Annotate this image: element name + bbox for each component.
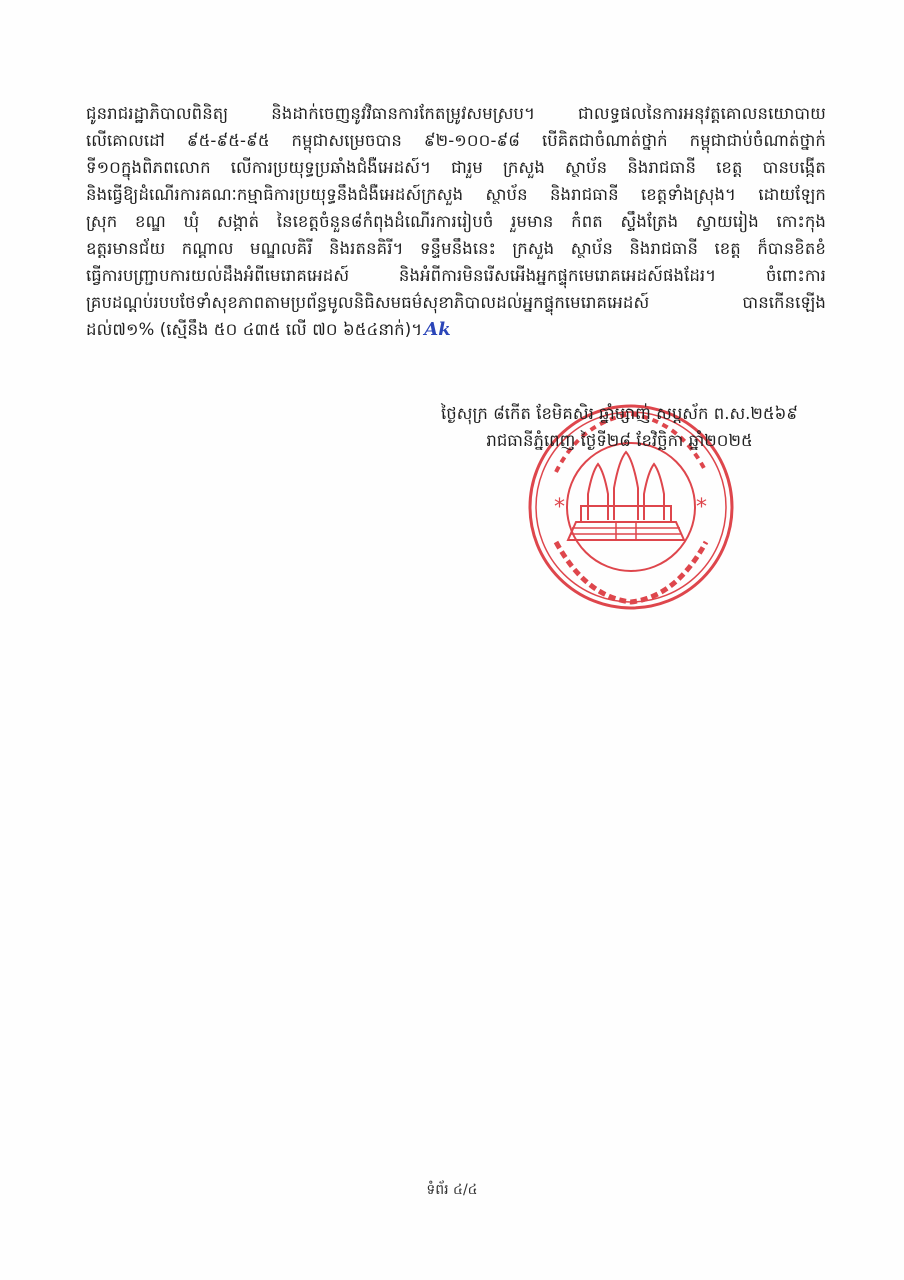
svg-text:*: * (554, 495, 565, 520)
solar-date-place: រាជធានីភ្នំពេញ ថ្ងៃទី២៨ ខែវិច្ឆិកា ឆ្នាំ… (412, 427, 827, 454)
page-number: ទំព័រ ៤/៤ (0, 1180, 904, 1201)
paragraph-line: ឧត្តរមានជ័យ កណ្ដាល មណ្ឌលគិរី និងរតនគិរី។… (86, 235, 826, 262)
paragraph-line-last: ដល់៧១% (ស្មើនឹង ៥០ ៤៣៥ លើ ៧០ ៦៥៤នាក់)។Ak (86, 316, 826, 343)
paragraph-line: ទី១០ក្នុងពិភពលោក លើការប្រយុទ្ធប្រឆាំងជំង… (86, 154, 826, 181)
paragraph-line: ធ្វើការបញ្ជ្រាបការយល់ដឹងអំពីមេរោគអេដស៍ ន… (86, 262, 826, 289)
date-block: ថ្ងៃសុក្រ ៨កើត ខែមិគសិរ ឆ្នាំម្សាញ់ សប្ត… (412, 400, 827, 454)
lunar-date: ថ្ងៃសុក្រ ៨កើត ខែមិគសិរ ឆ្នាំម្សាញ់ សប្ត… (412, 400, 827, 427)
handwritten-initials: Ak (424, 316, 451, 343)
body-paragraph: ជូនរាជរដ្ឋាភិបាលពិនិត្យ និងដាក់ចេញនូវវិធ… (86, 100, 826, 343)
paragraph-line: គ្របដណ្ដប់របបថែទាំសុខភាពតាមប្រព័ន្ធមូលនិ… (86, 289, 826, 316)
document-page: ជូនរាជរដ្ឋាភិបាលពិនិត្យ និងដាក់ចេញនូវវិធ… (0, 0, 904, 1280)
paragraph-line: លើគោលដៅ ៩៥-៩៥-៩៥ កម្ពុជាសម្រេចបាន ៩២-១០០… (86, 127, 826, 154)
paragraph-line-text: ដល់៧១% (ស្មើនឹង ៥០ ៤៣៥ លើ ៧០ ៦៥៤នាក់)។ (86, 320, 422, 339)
paragraph-line: ជូនរាជរដ្ឋាភិបាលពិនិត្យ និងដាក់ចេញនូវវិធ… (86, 100, 826, 127)
paragraph-line: និងធ្វើឱ្យដំណើរការគណៈកម្មាធិការប្រយុទ្ធន… (86, 181, 826, 208)
svg-text:*: * (696, 495, 707, 520)
paragraph-line: ស្រុក ខណ្ឌ ឃុំ សង្កាត់ នៃខេត្តចំនួន៨កំពុ… (86, 208, 826, 235)
